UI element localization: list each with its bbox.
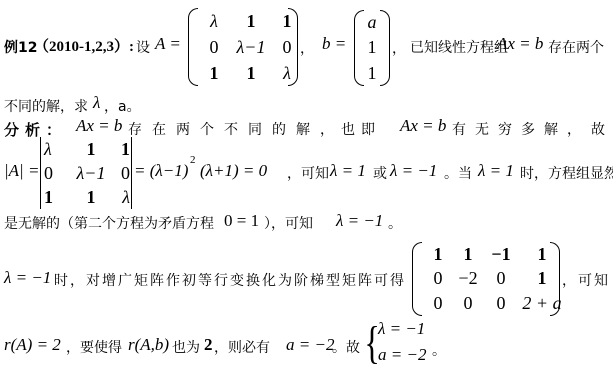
matrix-cell: λ (200, 11, 228, 32)
matrix-cell: 0 (274, 37, 300, 58)
vector-cell: a (363, 12, 381, 33)
matrix-cell: −2 (452, 268, 484, 289)
matrix-cell: 1 (518, 244, 566, 265)
matrix-cell: 1 (228, 11, 274, 32)
matrix-cell: 0 (484, 293, 518, 314)
matrix-A-label: A = (155, 34, 181, 54)
line5-lambda: λ = −1 (4, 268, 51, 288)
rank-value: 2 (204, 335, 213, 355)
matrix-cell: 0 (44, 163, 68, 184)
analysis-text: 时，方程组显然 (520, 163, 613, 183)
matrix-cell: 1 (228, 63, 274, 84)
a-value: a = −2 (286, 335, 334, 355)
answer-a: a = −2 (378, 345, 426, 365)
intro-text: 设 (136, 37, 150, 57)
analysis-text: ，可知 (287, 163, 329, 183)
matrix-cell: 1 (200, 63, 228, 84)
matrix-cell: 0 (452, 293, 484, 314)
analysis-text: ，则必有 (214, 337, 270, 357)
matrix-cell: 0 (484, 268, 518, 289)
matrix-cell: 0 (114, 163, 130, 184)
equation-Ax-b: Ax = b (400, 116, 446, 136)
augmented-matrix: 1 1 −1 1 0 −2 0 1 0 0 0 2 + a (412, 242, 560, 316)
analysis-text: 也即 (341, 119, 381, 139)
root-2: λ = −1 (390, 161, 437, 181)
equation-Ax-b: Ax = b (497, 34, 543, 54)
det-exponent: 2 (190, 154, 196, 166)
analysis-text: 。故 (332, 337, 360, 357)
matrix-cell: 1 (424, 244, 452, 265)
analysis-text: ），可知 (264, 213, 313, 233)
equation-Ax-b: Ax = b (76, 116, 122, 136)
matrix-cell: 1 (452, 244, 484, 265)
matrix-cell: 1 (518, 268, 566, 289)
matrix-cell: 1 (68, 187, 114, 208)
rank-A: r(A) = 2 (4, 335, 61, 355)
given-tail: 存在两个 (548, 37, 604, 57)
rank-Ab: r(A,b) (128, 335, 169, 355)
matrix-cell: λ−1 (228, 37, 274, 58)
matrix-cell: 0 (200, 37, 228, 58)
analysis-text: 。 (388, 213, 402, 233)
matrix-cell: −1 (484, 244, 518, 265)
matrix-cell: λ (44, 139, 68, 160)
matrix-cell: λ (114, 187, 130, 208)
lambda-symbol: λ (93, 93, 100, 113)
analysis-text: 也为 (172, 337, 200, 357)
det-rhs: (λ+1) = 0 (200, 161, 267, 181)
root-1: λ = 1 (330, 161, 366, 181)
det-rhs: = (λ−1) (134, 161, 188, 181)
matrix-A: λ 1 1 0 λ−1 0 1 1 λ (188, 8, 298, 86)
vector-cell: 1 (363, 37, 381, 58)
problem-line2-tail: ，a。 (104, 96, 141, 116)
final-period: 。 (432, 340, 446, 360)
determinant-matrix: λ 1 1 0 λ−1 0 1 1 λ (40, 137, 132, 209)
matrix-cell: 2 + a (518, 293, 566, 314)
analysis-text: ，要使得 (66, 337, 122, 357)
vector-b: a 1 1 (354, 10, 390, 86)
analysis-text: 或 (373, 163, 387, 183)
matrix-cell: 1 (68, 139, 114, 160)
matrix-cell: 0 (424, 268, 452, 289)
example-label: 例12 (4, 37, 37, 57)
analysis-text: 是无解的（第二个方程为矛盾方程 (4, 213, 214, 233)
example-source: （2010-1,2,3）: (34, 35, 134, 56)
analysis-text: 存在两个不同的解， (128, 119, 344, 139)
given-text: 已知线性方程组 (410, 37, 508, 57)
matrix-cell: 1 (274, 11, 300, 32)
matrix-cell: 1 (44, 187, 68, 208)
analysis-text: 有无穷多解， (452, 119, 590, 139)
matrix-cell: 1 (114, 139, 130, 160)
analysis-text: ，可知 (562, 270, 610, 290)
matrix-cell: λ (274, 63, 300, 84)
comma: ， (392, 38, 406, 58)
problem-line2: 不同的解，求 (4, 96, 88, 116)
contradiction-eq: 0 = 1 (224, 211, 259, 231)
det-lhs: |A| = (4, 161, 39, 181)
analysis-text: 故 (591, 119, 605, 139)
vector-b-label: b = (322, 34, 346, 54)
answer-lambda: λ = −1 (378, 319, 425, 339)
analysis-text: 时，对增广矩阵作初等行变换化为阶梯型矩阵可得 (54, 270, 406, 290)
conclude-lambda: λ = −1 (336, 211, 383, 231)
analysis-text: 。当 (444, 163, 472, 183)
case-lambda-1: λ = 1 (478, 161, 514, 181)
vector-cell: 1 (363, 63, 381, 84)
comma: ， (300, 38, 314, 58)
matrix-cell: λ−1 (68, 163, 114, 184)
matrix-cell: 0 (424, 293, 452, 314)
